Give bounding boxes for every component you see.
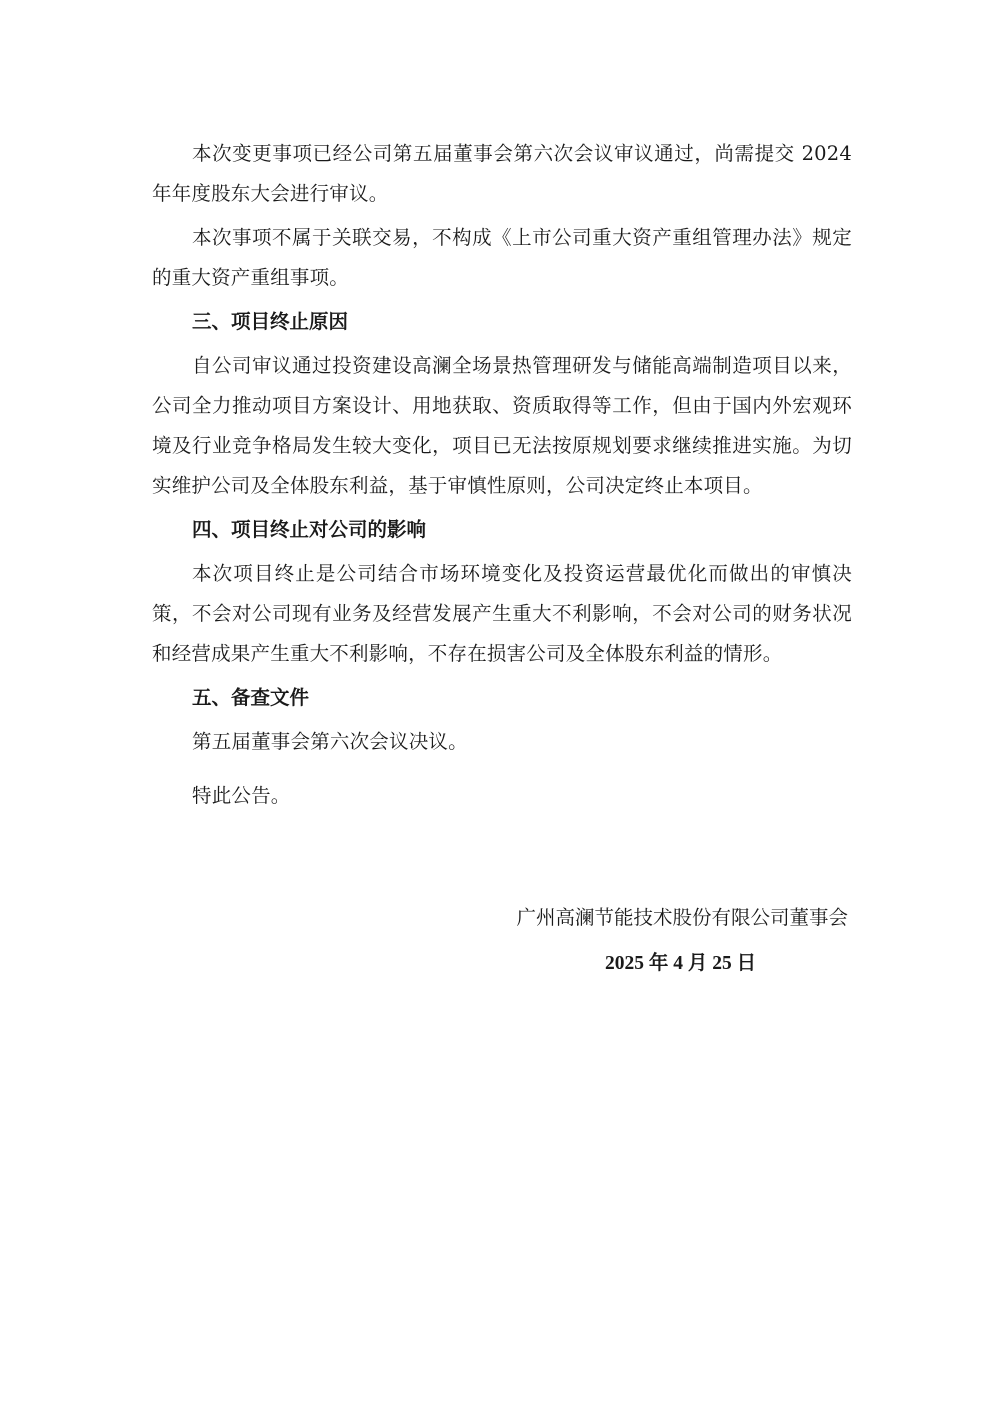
- section-heading-reference-documents: 五、备查文件: [152, 678, 852, 718]
- paragraph-termination-reason: 自公司审议通过投资建设高澜全场景热管理研发与储能高端制造项目以来，公司全力推动项…: [152, 346, 852, 506]
- paragraph-reference-document: 第五届董事会第六次会议决议。: [152, 722, 852, 762]
- section-heading-impact: 四、项目终止对公司的影响: [152, 510, 852, 550]
- paragraph-approval: 本次变更事项已经公司第五届董事会第六次会议审议通过，尚需提交 2024 年年度股…: [152, 134, 852, 214]
- document-body: 本次变更事项已经公司第五届董事会第六次会议审议通过，尚需提交 2024 年年度股…: [152, 134, 852, 816]
- section-heading-termination-reason: 三、项目终止原因: [152, 302, 852, 342]
- paragraph-not-related-transaction: 本次事项不属于关联交易，不构成《上市公司重大资产重组管理办法》规定的重大资产重组…: [152, 218, 852, 298]
- document-page: 本次变更事项已经公司第五届董事会第六次会议审议通过，尚需提交 2024 年年度股…: [0, 0, 1000, 1414]
- paragraph-closing-notice: 特此公告。: [152, 776, 852, 816]
- signature-company: 广州高澜节能技术股份有限公司董事会: [516, 898, 848, 938]
- paragraph-impact: 本次项目终止是公司结合市场环境变化及投资运营最优化而做出的审慎决策，不会对公司现…: [152, 554, 852, 674]
- signature-date: 2025 年 4 月 25 日: [605, 944, 756, 984]
